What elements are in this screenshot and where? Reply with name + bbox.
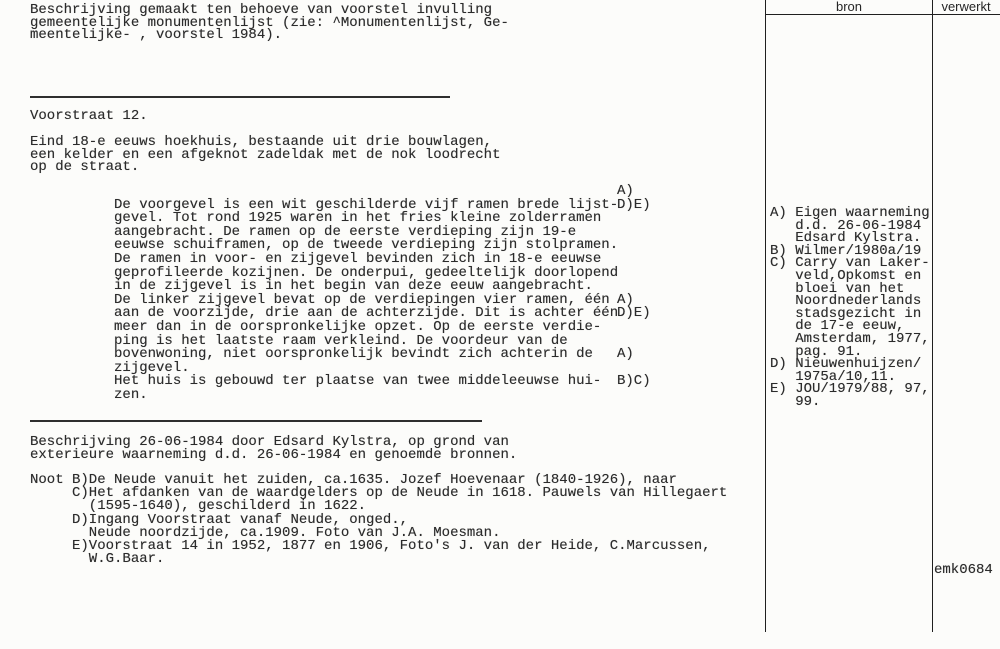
separator-rule-top bbox=[30, 96, 450, 98]
building-type-paragraph: Eind 18-e eeuws hoekhuis, bestaande uit … bbox=[30, 136, 500, 174]
document-page: Beschrijving gemaakt ten behoeve van voo… bbox=[0, 0, 1000, 649]
text-line: op de straat. bbox=[30, 161, 500, 174]
column-header-bron: bron bbox=[766, 0, 932, 14]
main-text-column: Beschrijving gemaakt ten behoeve van voo… bbox=[30, 0, 770, 649]
text-line: zen. bbox=[114, 387, 148, 403]
table-border-left bbox=[765, 0, 766, 632]
attribution-paragraph: Beschrijving 26-06-1984 door Edsard Kyls… bbox=[30, 436, 517, 461]
intro-paragraph: Beschrijving gemaakt ten behoeve van voo… bbox=[30, 4, 509, 42]
text-line: exterieure waarneming d.d. 26-06-1984 en… bbox=[30, 449, 517, 462]
noot-footnotes-paragraph: Noot B)De Neude vanuit het zuiden, ca.16… bbox=[30, 474, 727, 566]
source-ref-note: D)E) bbox=[617, 307, 651, 321]
address-heading: Voorstraat 12. bbox=[30, 110, 148, 123]
source-ref-note: A) bbox=[617, 348, 634, 362]
bron-source-list: A) Eigen waarneming d.d. 26-06-1984 Edsa… bbox=[770, 207, 935, 409]
source-line: 99. bbox=[770, 396, 935, 409]
archive-stamp: emk0684 bbox=[934, 562, 993, 578]
separator-rule-bottom bbox=[30, 420, 482, 422]
text-line: meentelijke- , voorstel 1984). bbox=[30, 29, 509, 42]
footnote-line: W.G.Baar. bbox=[30, 553, 727, 566]
source-ref-note: B)C) bbox=[617, 375, 651, 389]
column-header-verwerkt: verwerkt bbox=[933, 0, 999, 14]
facade-description-paragraph: De voorgevel is een wit geschilderde vij… bbox=[30, 185, 618, 389]
source-ref-note: D)E) bbox=[617, 199, 651, 213]
table-header-underline bbox=[766, 14, 1000, 15]
